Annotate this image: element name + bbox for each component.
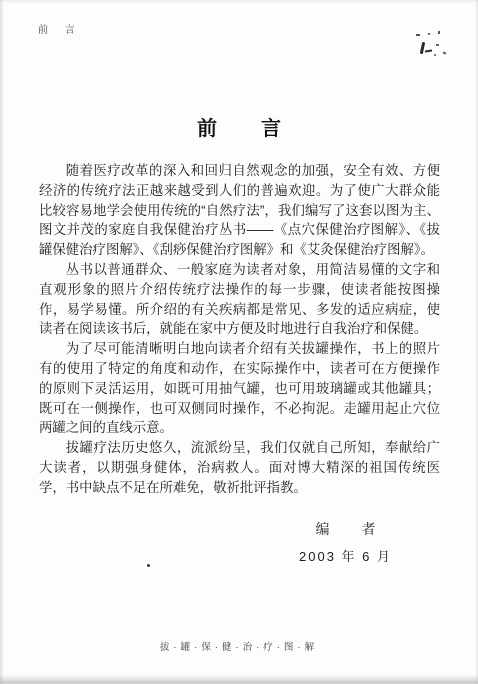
signature-block: 编 者 2003 年 6 月 [299,519,392,565]
running-header: 前 言 [38,21,82,36]
scanned-book-page: 前 言 前 言 随着医疗改革的深入和回归自然观念的加强，安全有效、方便经济的传统… [0,0,478,684]
ink-smudge-mark [412,30,456,60]
page-edge-shadow-bottom [0,675,478,684]
signature-date: 2003 年 6 月 [299,546,392,565]
signature-author: 编 者 [299,519,392,539]
paragraph: 拔罐疗法历史悠久，流派纷呈，我们仅就自己所知，奉献给广大读者，以期强身健体，治病… [39,438,440,497]
footer-book-title: 拔·罐·保·健·治·疗·图·解 [0,639,478,653]
page-edge-shadow-left [0,0,4,684]
preface-body: 随着医疗改革的深入和回归自然观念的加强，安全有效、方便经济的传统疗法正越来越受到… [39,161,440,498]
paragraph: 为了尽可能清晰明白地向读者介绍有关拔罐操作，书上的照片有的使用了特定的角度和动作… [39,339,440,438]
speck-artifact [147,564,150,567]
paragraph: 随着医疗改革的深入和回归自然观念的加强，安全有效、方便经济的传统疗法正越来越受到… [39,161,440,260]
page-title: 前 言 [0,112,478,141]
page-edge-shadow-top [0,0,478,3]
paragraph: 丛书以普通群众、一般家庭为读者对象，用简洁易懂的文字和直观形象的照片介绍传统疗法… [39,260,440,339]
